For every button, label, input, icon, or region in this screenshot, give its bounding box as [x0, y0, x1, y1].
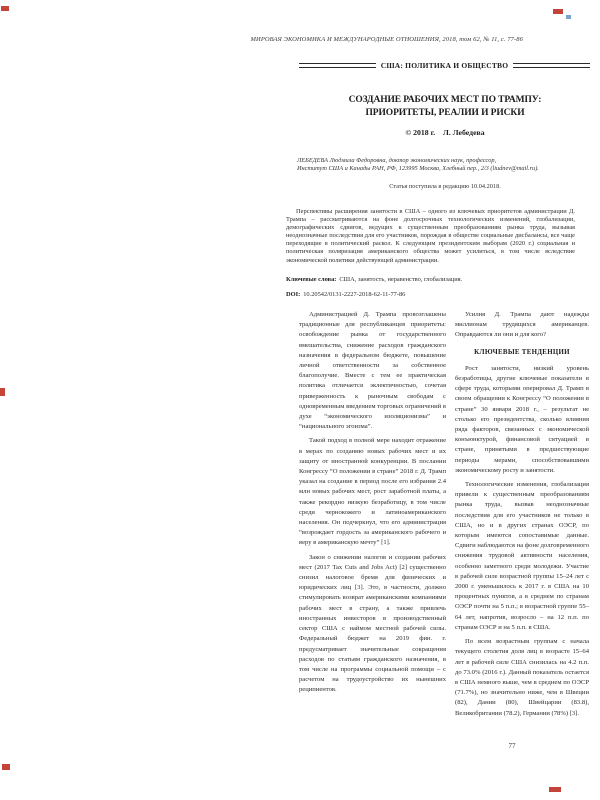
left-paragraph-1: Администрацией Д. Трампа провозглашены т… [299, 310, 446, 432]
right-column: Усилия Д. Трампа дают надежды миллионам … [455, 310, 589, 723]
right-paragraph-1: Рост занятости, низкий уровень безработи… [455, 364, 589, 476]
author-institute-line: Институт США и Канады РАН, РФ, 123995 Мо… [297, 165, 589, 173]
doi-label: DOI: [286, 291, 300, 298]
scan-artifact-top-right-blue [566, 15, 571, 19]
article-title-line2: ПРИОРИТЕТЫ, РЕАЛИИ И РИСКИ [295, 107, 595, 120]
author-name-line: ЛЕБЕДЕВА Людмила Федоровна, доктор эконо… [297, 157, 589, 165]
scan-artifact-top-left [1, 6, 9, 11]
scanned-journal-page: МИРОВАЯ ЭКОНОМИКА И МЕЖДУНАРОДНЫЕ ОТНОШЕ… [0, 0, 600, 800]
doi-text: 10.20542/0131-2227-2018-62-11-77-86 [303, 291, 405, 298]
scan-artifact-bottom-right [549, 787, 561, 792]
article-title-line1: СОЗДАНИЕ РАБОЧИХ МЕСТ ПО ТРАМПУ: [295, 94, 595, 107]
copyright-line: © 2018 г. Л. Лебедева [295, 128, 595, 137]
abstract: Перспективы расширения занятости в США –… [286, 208, 575, 265]
keywords-line: Ключевые слова:США, занятость, неравенст… [286, 276, 575, 283]
keywords-label: Ключевые слова: [286, 276, 336, 283]
author-affiliation: ЛЕБЕДЕВА Людмила Федоровна, доктор эконо… [297, 157, 589, 173]
scan-artifact-bottom-left [2, 764, 10, 770]
keywords-text: США, занятость, неравенство, глобализаци… [339, 276, 462, 283]
scan-artifact-left-middle [0, 388, 5, 396]
left-column: Администрацией Д. Трампа провозглашены т… [299, 310, 446, 723]
page-number: 77 [482, 742, 542, 750]
doi-line: DOI:10.20542/0131-2227-2018-62-11-77-86 [286, 291, 575, 298]
section-heading-key-trends: КЛЮЧЕВЫЕ ТЕНДЕНЦИИ [455, 348, 589, 358]
received-date-line: Статья поступила в редакцию 10.04.2018. [295, 183, 595, 190]
section-banner: США: ПОЛИТИКА И ОБЩЕСТВО [299, 59, 590, 71]
journal-header: МИРОВАЯ ЭКОНОМИКА И МЕЖДУНАРОДНЫЕ ОТНОШЕ… [0, 36, 523, 43]
left-paragraph-3: Закон о снижении налогов и создании рабо… [299, 553, 446, 696]
section-banner-label: США: ПОЛИТИКА И ОБЩЕСТВО [381, 61, 509, 70]
scan-artifact-top-right [553, 9, 563, 14]
right-paragraph-2: Технологические изменения, глобализация … [455, 480, 589, 633]
banner-rule-right [513, 63, 590, 68]
banner-rule-left [299, 63, 376, 68]
article-title: СОЗДАНИЕ РАБОЧИХ МЕСТ ПО ТРАМПУ: ПРИОРИТ… [295, 94, 595, 120]
left-paragraph-2: Такой подход в полной мере находит отраж… [299, 436, 446, 548]
right-intro-paragraph: Усилия Д. Трампа дают надежды миллионам … [455, 310, 589, 341]
right-paragraph-3: По всем возрастным группам с начала теку… [455, 637, 589, 719]
body-columns: Администрацией Д. Трампа провозглашены т… [299, 310, 589, 723]
